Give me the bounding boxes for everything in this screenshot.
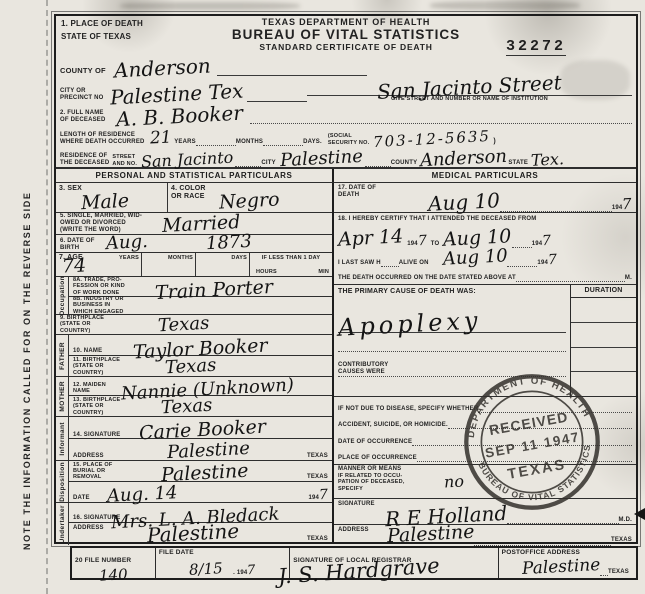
scan-noise [430,1,580,10]
last-saw-line: I LAST SAW H ALIVE ON Aug 10 194 7 [338,248,632,267]
texas-print: TEXAS [307,474,328,481]
certify-line: 18. I HEREBY CERTIFY THAT I ATTENDED THE… [338,213,632,226]
undertaker-group-label: Undertaker [59,505,66,543]
mother-group-label: MOTHER [59,381,66,412]
occurred-label: THE DEATH OCCURRED ON THE DATE STATED AB… [338,275,516,282]
age-months-label: MONTHS [168,255,193,261]
informant-group: Informant 14. SIGNATURE Carie Booker ADD… [56,417,332,461]
registrar-strip: 20 FILE NUMBER 140 FILE DATE 8/15 . 194 … [70,546,638,580]
line [474,536,611,546]
file-number-value: 140 [75,566,153,585]
full-name-line [250,114,632,124]
physician-address-row: ADDRESS Palestine TEXAS [334,525,636,546]
full-name-row: 2. FULL NAME OF DECEASED A. B. Booker [56,102,636,124]
sex-value: Male [81,192,130,213]
age-min-label: MIN [318,269,329,275]
county-label: COUNTY OF [60,67,106,76]
texas-print: TEXAS [608,569,629,576]
informant-address-row: ADDRESS Palestine TEXAS [69,439,332,460]
year-print: . 194 [233,570,247,577]
street-block: San Jacinto Street GIVE STREET AND NUMBE… [307,77,632,102]
disposition-rows: 15. PLACE OF BURIAL OR REMOVAL Palestine… [69,461,332,502]
physician-address-value: Palestine [386,523,474,547]
occupation-side: Occupation [56,277,69,314]
related-value: no [444,473,465,490]
line [500,202,612,212]
residence-length-label: LENGTH OF RESIDENCE WHERE DEATH OCCURRED [60,132,145,146]
occupation-rows: 8A. TRADE, PRO- FESSION OR KIND OF WORK … [69,277,332,314]
father-side: FATHER [56,335,69,376]
texas-print: TEXAS [307,453,328,460]
line [512,238,532,248]
full-name-label: 2. FULL NAME OF DECEASED [60,110,106,124]
months-label: MONTHS [236,139,263,146]
year-print: 194 [612,205,623,212]
meridiem-label: M. [625,275,632,282]
attended-dates-line: Apr 14 194 7 TO Aug 10 194 7 [338,226,632,247]
accident-label: ACCIDENT, SUICIDE, OR HOMICIDE. [338,422,448,429]
death-certificate-scan: NOTE THE INFORMATION CALLED FOR ON THE R… [0,0,645,594]
line [516,272,625,282]
informant-side: Informant [56,417,69,460]
undertaker-rows: 16. SIGNATURE Mrs. L. A. Bledack ADDRESS… [69,503,332,545]
res-county-value: Anderson [420,148,508,171]
date-of-death-label: 17. DATE OF DEATH [338,185,388,199]
disposition-group: Disposition 15. PLACE OF BURIAL OR REMOV… [56,461,332,503]
form-header: 1. PLACE OF DEATH STATE OF TEXAS TEXAS D… [56,16,636,56]
mother-group: MOTHER 12. MAIDEN NAME Nannie (Unknown) … [56,377,332,417]
age-years-label: YEARS [119,255,139,261]
sex-label: 3. SEX [59,185,82,193]
mother-name-row: 12. MAIDEN NAME Nannie (Unknown) [69,377,332,396]
department-title: TEXAS DEPARTMENT OF HEALTH [56,17,636,27]
date-of-death-row: 17. DATE OF DEATH Aug 10 194 7 [334,183,636,213]
year-print: 194 [532,241,543,248]
primary-cause-label: THE PRIMARY CAUSE OF DEATH WAS: [338,288,476,296]
line [507,514,619,524]
reverse-side-note: NOTE THE INFORMATION CALLED FOR ON THE R… [22,130,32,550]
industry-label: 8B. INDUSTRY OR BUSINESS IN WHICH ENGAGE… [73,296,137,315]
age-days-cell: DAYS [196,253,250,276]
occupation-group-label: Occupation [59,276,66,316]
to-label: TO [431,241,440,248]
trade-label: 8A. TRADE, PRO- FESSION OR KIND OF WORK … [73,277,137,296]
occurred-line: THE DEATH OCCURRED ON THE DATE STATED AB… [338,267,632,284]
informant-rows: 14. SIGNATURE Carie Booker ADDRESS Pales… [69,417,332,460]
file-number-cell: 20 FILE NUMBER 140 [72,548,156,578]
ssn-label: (SOCIAL SECURITY NO. [328,133,369,146]
informant-address-value: Palestine [167,440,251,462]
scan-noise [120,2,300,10]
burial-date-label: DATE [73,495,103,502]
city-line [247,91,307,102]
personal-section-header: PERSONAL AND STATISTICAL PARTICULARS [56,169,334,182]
age-hours-label: HOURS [256,269,277,275]
burial-place-row: 15. PLACE OF BURIAL OR REMOVAL Palestine… [69,461,332,482]
res-city-label: CITY [261,160,275,167]
birth-year-value: 1873 [205,233,252,253]
date-of-death-value: Aug 10 [428,190,501,214]
informant-address-label: ADDRESS [73,453,123,460]
line [381,257,399,267]
postoffice-line: Palestine TEXAS [502,556,633,577]
mother-name-label: 12. MAIDEN NAME [73,382,117,395]
mother-rows: 12. MAIDEN NAME Nannie (Unknown) 13. BIR… [69,377,332,416]
age-row: 7. AGE YEARS 74 MONTHS DAYS IF LESS THAN… [56,253,332,277]
father-group-label: FATHER [59,342,66,370]
father-birthplace-row: 11. BIRTHPLACE (STATE OR COUNTRY) Texas [69,356,332,376]
physician-address-label: ADDRESS [338,527,369,534]
line [235,157,261,167]
year-print: 194 [407,241,418,248]
received-stamp: DEPARTMENT OF HEALTH BUREAU OF VITAL STA… [451,361,613,523]
postoffice-cell: POSTOFFICE ADDRESS Palestine TEXAS [499,548,636,578]
age-months-cell: MONTHS [142,253,196,276]
residence-years-value: 21 [149,129,172,147]
birthplace-row: 9. BIRTHPLACE (STATE OR COUNTRY) Texas [56,315,332,335]
year-hand: 7 [548,252,558,266]
year-hand: 7 [622,197,632,212]
residence-row: RESIDENCE OF THE DECEASED STREET AND NO.… [56,146,636,168]
birthplace-value: Texas [158,315,210,336]
line [196,136,236,146]
line [365,157,391,167]
color-value: Negro [219,190,280,212]
margin-arrow-mark [628,508,645,520]
file-number-label: 20 FILE NUMBER [75,557,131,564]
county-value: Anderson [113,55,211,80]
res-county-label: COUNTY [391,160,418,167]
certify-label: 18. I HEREBY CERTIFY THAT I ATTENDED THE… [338,216,537,223]
certify-block: 18. I HEREBY CERTIFY THAT I ATTENDED THE… [334,213,636,285]
years-label: YEARS [174,139,196,146]
father-name-label: 10. NAME [73,348,123,355]
file-date-value: 8/15 [189,561,223,578]
place-occurrence-label: PLACE OF OCCURRENCE [338,455,417,462]
age-less-cell: IF LESS THAN 1 DAY HOURS MIN [250,253,332,276]
informant-group-label: Informant [59,422,66,456]
age-less-label: IF LESS THAN 1 DAY [250,255,332,261]
physician-signature-label: SIGNATURE [338,501,375,508]
burial-date-value: Aug. 14 [107,484,178,506]
color-label: 4. COLOR OR RACE [171,185,206,201]
res-state-label: STATE [508,160,528,167]
marital-row: 5. SINGLE, MARRIED, WID- OWED OR DIVORCE… [56,213,332,235]
sex-cell: 3. SEX Male [56,183,168,212]
informant-signature-row: 14. SIGNATURE Carie Booker [69,417,332,439]
father-name-row: 10. NAME Taylor Booker [69,335,332,356]
mother-side: MOTHER [56,377,69,416]
texas-print: TEXAS [307,536,328,543]
registrar-signature-cell: SIGNATURE OF LOCAL REGISTRAR J. S. Hardg… [290,548,498,578]
postoffice-label: POSTOFFICE ADDRESS [502,549,633,556]
burial-place-value: Palestine [161,461,249,485]
ssn-close-paren: ) [493,138,496,146]
birthplace-label: 9. BIRTHPLACE (STATE OR COUNTRY) [60,315,124,334]
date-occurrence-label: DATE OF OCCURRENCE [338,439,412,446]
year-hand: 7 [247,564,256,577]
full-name-value: A. B. Booker [115,103,243,130]
mother-birthplace-value: Texas [161,397,213,418]
file-date-label: FILE DATE [159,549,286,556]
father-birthplace-value: Texas [165,357,217,378]
age-value: 74 [62,256,87,276]
father-birthplace-label: 11. BIRTHPLACE (STATE OR COUNTRY) [73,357,123,376]
res-state-value: Tex. [531,151,565,169]
city-precinct-label: CITY OR PRECINCT NO [60,88,104,102]
burial-place-label: 15. PLACE OF BURIAL OR REMOVAL [73,462,121,481]
age-days-label: DAYS [231,255,247,261]
registration-number: 32272 [506,38,566,56]
father-group: FATHER 10. NAME Taylor Booker 11. BIRTHP… [56,335,332,377]
medical-section-header: MEDICAL PARTICULARS [334,169,636,182]
residence-street-value: San Jacinto [141,150,234,171]
color-cell: 4. COLOR OR RACE Negro [168,183,332,212]
line [600,566,608,576]
cause-label-line: THE PRIMARY CAUSE OF DEATH WAS: [338,285,566,300]
trade-row: 8A. TRADE, PRO- FESSION OR KIND OF WORK … [69,277,332,297]
occupation-group: Occupation 8A. TRADE, PRO- FESSION OR KI… [56,277,332,315]
age-years-cell: 7. AGE YEARS 74 [56,253,142,276]
postoffice-value: Palestine [521,557,600,578]
county-line [217,65,367,76]
duration-line [571,323,636,348]
undertaker-address-value: Palestine [147,521,240,546]
primary-cause-value: Apoplexy [337,308,482,339]
attended-from-value: Apr 14 [338,227,404,249]
burial-date-row: DATE Aug. 14 194 7 [69,482,332,502]
last-saw-value: Aug 10 [442,247,508,268]
related-label: IF RELATED TO OCCU- PATION OF DECEASED, … [338,473,424,492]
contributory-label: CONTRIBUTORY CAUSES WERE [338,362,388,376]
street-no-label: STREET AND NO. [112,154,137,167]
year-hand: 7 [319,488,329,502]
file-date-cell: FILE DATE 8/15 . 194 7 [156,548,290,578]
birth-date-label: 6. DATE OF BIRTH [60,238,106,252]
year-hand: 7 [417,233,427,247]
birth-month-value: Aug. [106,233,149,253]
duration-line [571,298,636,323]
texas-print: TEXAS [611,537,632,544]
year-print: 194 [537,260,548,267]
year-hand: 7 [542,233,552,247]
duration-header: DURATION [571,285,636,298]
days-label: DAYS. [303,139,322,146]
year-print: 194 [308,495,319,502]
residence-label: RESIDENCE OF THE DECEASED [60,153,109,167]
disposition-group-label: Disposition [59,462,66,502]
res-city-value: Palestine [279,148,363,170]
page-fold-line [46,0,48,594]
line [507,257,537,267]
last-saw-label-2: ALIVE ON [399,260,429,267]
mother-birthplace-label: 13. BIRTHPLACE (STATE OR COUNTRY) [73,397,123,416]
sex-color-row: 3. SEX Male 4. COLOR OR RACE Negro [56,183,332,213]
father-rows: 10. NAME Taylor Booker 11. BIRTHPLACE (S… [69,335,332,376]
personal-column: 3. SEX Male 4. COLOR OR RACE Negro 5. SI… [56,183,334,542]
disposition-side: Disposition [56,461,69,502]
line [263,136,303,146]
mother-birthplace-row: 13. BIRTHPLACE (STATE OR COUNTRY) Texas [69,396,332,416]
file-date-line: 8/15 . 194 7 [159,556,286,577]
stamp-state-text: TEXAS [506,457,567,483]
undertaker-side: Undertaker [56,503,69,545]
last-saw-label-1: I LAST SAW H [338,260,381,267]
undertaker-address-row: ADDRESS Palestine TEXAS [69,523,332,545]
informant-signature-label: 14. SIGNATURE [73,432,133,439]
birth-date-row: 6. DATE OF BIRTH Aug. 1873 [56,235,332,253]
cause-value-line: Apoplexy [338,300,566,333]
undertaker-group: Undertaker 16. SIGNATURE Mrs. L. A. Bled… [56,503,332,545]
